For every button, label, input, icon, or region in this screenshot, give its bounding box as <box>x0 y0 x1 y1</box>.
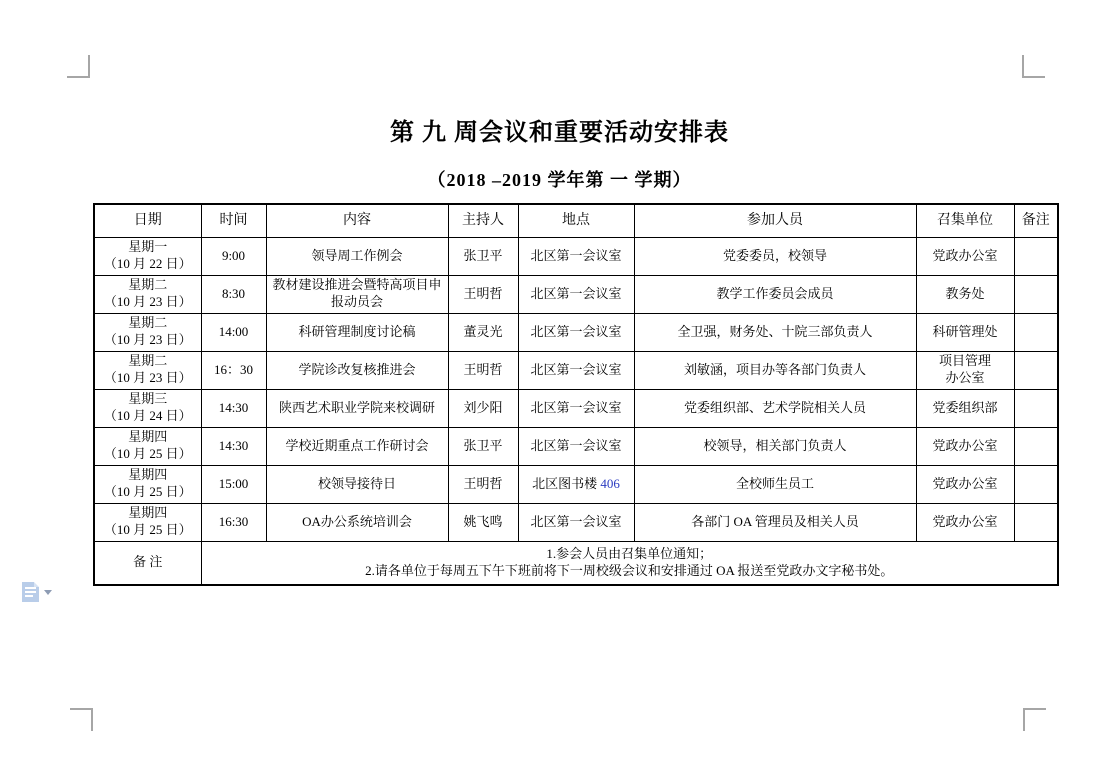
table-row: 星期二 （10 月 23 日） 8:30 教材建设推进会暨特高项目申报动员会 王… <box>94 275 1058 313</box>
document-page: 第 九 周会议和重要活动安排表 （2018 –2019 学年第 一 学期） 日期… <box>0 0 1119 771</box>
content-cell: 学院诊改复核推进会 <box>266 351 448 389</box>
date-cell: 星期二 （10 月 23 日） <box>94 351 201 389</box>
date-label: （10 月 22 日） <box>104 256 192 271</box>
header-row: 日期 时间 内容 主持人 地点 参加人员 召集单位 备注 <box>94 204 1058 237</box>
participants-cell: 全卫强，财务处、十院三部负责人 <box>634 313 916 351</box>
location-cell: 北区第一会议室 <box>518 275 634 313</box>
organizer-line: 办公室 <box>945 370 984 385</box>
notes-content-cell: 1.参会人员由召集单位通知； 2.请各单位于每周五下午下班前将下一周校级会议和安… <box>201 541 1058 585</box>
date-label: （10 月 25 日） <box>104 484 192 499</box>
location-cell: 北区第一会议室 <box>518 427 634 465</box>
date-label: （10 月 23 日） <box>104 370 192 385</box>
time-cell: 14:30 <box>201 427 266 465</box>
time-cell: 16：30 <box>201 351 266 389</box>
remark-cell <box>1014 237 1058 275</box>
date-cell: 星期一 （10 月 22 日） <box>94 237 201 275</box>
content-cell: 教材建设推进会暨特高项目申报动员会 <box>266 275 448 313</box>
organizer-cell: 党政办公室 <box>916 503 1014 541</box>
page-subtitle: （2018 –2019 学年第 一 学期） <box>0 166 1119 192</box>
date-cell: 星期四 （10 月 25 日） <box>94 503 201 541</box>
content-cell: 陕西艺术职业学院来校调研 <box>266 389 448 427</box>
day-label: 星期三 <box>128 391 167 406</box>
table-row: 星期三 （10 月 24 日） 14:30 陕西艺术职业学院来校调研 刘少阳 北… <box>94 389 1058 427</box>
remark-cell <box>1014 503 1058 541</box>
host-cell: 张卫平 <box>448 237 518 275</box>
table-row: 星期二 （10 月 23 日） 14:00 科研管理制度讨论稿 董灵光 北区第一… <box>94 313 1058 351</box>
col-header-host: 主持人 <box>448 204 518 237</box>
location-cell: 北区第一会议室 <box>518 503 634 541</box>
content-cell: 领导周工作例会 <box>266 237 448 275</box>
time-cell: 8:30 <box>201 275 266 313</box>
host-cell: 王明哲 <box>448 275 518 313</box>
date-label: （10 月 25 日） <box>104 522 192 537</box>
day-label: 星期一 <box>128 239 167 254</box>
notes-label-cell: 备 注 <box>94 541 201 585</box>
table-row: 星期一 （10 月 22 日） 9:00 领导周工作例会 张卫平 北区第一会议室… <box>94 237 1058 275</box>
organizer-cell: 项目管理 办公室 <box>916 351 1014 389</box>
text-boundary-mark-bottom-left <box>70 708 93 731</box>
location-cell: 北区第一会议室 <box>518 237 634 275</box>
host-cell: 刘少阳 <box>448 389 518 427</box>
organizer-line: 项目管理 <box>939 353 991 368</box>
col-header-content: 内容 <box>266 204 448 237</box>
participants-cell: 各部门 OA 管理员及相关人员 <box>634 503 916 541</box>
time-cell: 16:30 <box>201 503 266 541</box>
remark-cell <box>1014 313 1058 351</box>
col-header-time: 时间 <box>201 204 266 237</box>
organizer-cell: 教务处 <box>916 275 1014 313</box>
remark-cell <box>1014 465 1058 503</box>
schedule-table: 日期 时间 内容 主持人 地点 参加人员 召集单位 备注 星期一 （10 月 2… <box>93 203 1059 586</box>
date-label: （10 月 24 日） <box>104 408 192 423</box>
text-boundary-mark-top-left <box>67 55 90 78</box>
date-label: （10 月 25 日） <box>104 446 192 461</box>
date-label: （10 月 23 日） <box>104 294 192 309</box>
location-label: 北区图书楼 <box>532 476 600 491</box>
paste-options-icon <box>22 582 39 602</box>
organizer-cell: 党委组织部 <box>916 389 1014 427</box>
notes-row: 备 注 1.参会人员由召集单位通知； 2.请各单位于每周五下午下班前将下一周校级… <box>94 541 1058 585</box>
participants-cell: 全校师生员工 <box>634 465 916 503</box>
day-label: 星期二 <box>128 353 167 368</box>
day-label: 星期四 <box>128 467 167 482</box>
organizer-cell: 科研管理处 <box>916 313 1014 351</box>
participants-cell: 校领导，相关部门负责人 <box>634 427 916 465</box>
time-cell: 9:00 <box>201 237 266 275</box>
date-label: （10 月 23 日） <box>104 332 192 347</box>
location-cell: 北区图书楼 406 <box>518 465 634 503</box>
organizer-cell: 党政办公室 <box>916 465 1014 503</box>
participants-cell: 刘敏涵，项目办等各部门负责人 <box>634 351 916 389</box>
host-cell: 张卫平 <box>448 427 518 465</box>
date-cell: 星期四 （10 月 25 日） <box>94 465 201 503</box>
day-label: 星期二 <box>128 315 167 330</box>
host-cell: 董灵光 <box>448 313 518 351</box>
content-cell: 科研管理制度讨论稿 <box>266 313 448 351</box>
organizer-cell: 党政办公室 <box>916 427 1014 465</box>
notes-line-2: 2.请各单位于每周五下午下班前将下一周校级会议和安排通过 OA 报送至党政办文字… <box>204 563 1056 580</box>
date-cell: 星期三 （10 月 24 日） <box>94 389 201 427</box>
col-header-organizer: 召集单位 <box>916 204 1014 237</box>
text-boundary-mark-bottom-right <box>1023 708 1046 731</box>
col-header-location: 地点 <box>518 204 634 237</box>
col-header-participants: 参加人员 <box>634 204 916 237</box>
host-cell: 王明哲 <box>448 351 518 389</box>
location-cell: 北区第一会议室 <box>518 313 634 351</box>
date-cell: 星期四 （10 月 25 日） <box>94 427 201 465</box>
day-label: 星期四 <box>128 505 167 520</box>
remark-cell <box>1014 389 1058 427</box>
remark-cell <box>1014 351 1058 389</box>
participants-cell: 党委委员，校领导 <box>634 237 916 275</box>
paste-options-button[interactable] <box>22 582 52 602</box>
col-header-remark: 备注 <box>1014 204 1058 237</box>
day-label: 星期四 <box>128 429 167 444</box>
content-cell: 学校近期重点工作研讨会 <box>266 427 448 465</box>
time-cell: 14:00 <box>201 313 266 351</box>
table-row: 星期四 （10 月 25 日） 16:30 OA办公系统培训会 姚飞鸣 北区第一… <box>94 503 1058 541</box>
time-cell: 15:00 <box>201 465 266 503</box>
content-cell: OA办公系统培训会 <box>266 503 448 541</box>
day-label: 星期二 <box>128 277 167 292</box>
notes-line-1: 1.参会人员由召集单位通知； <box>204 546 1056 563</box>
table-row: 星期四 （10 月 25 日） 14:30 学校近期重点工作研讨会 张卫平 北区… <box>94 427 1058 465</box>
location-cell: 北区第一会议室 <box>518 389 634 427</box>
chevron-down-icon <box>44 590 52 595</box>
host-cell: 姚飞鸣 <box>448 503 518 541</box>
date-cell: 星期二 （10 月 23 日） <box>94 313 201 351</box>
organizer-cell: 党政办公室 <box>916 237 1014 275</box>
participants-cell: 党委组织部、艺术学院相关人员 <box>634 389 916 427</box>
text-boundary-mark-top-right <box>1022 55 1045 78</box>
page-title: 第 九 周会议和重要活动安排表 <box>0 112 1119 147</box>
table-row: 星期四 （10 月 25 日） 15:00 校领导接待日 王明哲 北区图书楼 4… <box>94 465 1058 503</box>
time-cell: 14:30 <box>201 389 266 427</box>
date-cell: 星期二 （10 月 23 日） <box>94 275 201 313</box>
location-cell: 北区第一会议室 <box>518 351 634 389</box>
remark-cell <box>1014 275 1058 313</box>
table-row: 星期二 （10 月 23 日） 16：30 学院诊改复核推进会 王明哲 北区第一… <box>94 351 1058 389</box>
host-cell: 王明哲 <box>448 465 518 503</box>
col-header-date: 日期 <box>94 204 201 237</box>
remark-cell <box>1014 427 1058 465</box>
participants-cell: 教学工作委员会成员 <box>634 275 916 313</box>
content-cell: 校领导接待日 <box>266 465 448 503</box>
room-number: 406 <box>600 476 620 491</box>
